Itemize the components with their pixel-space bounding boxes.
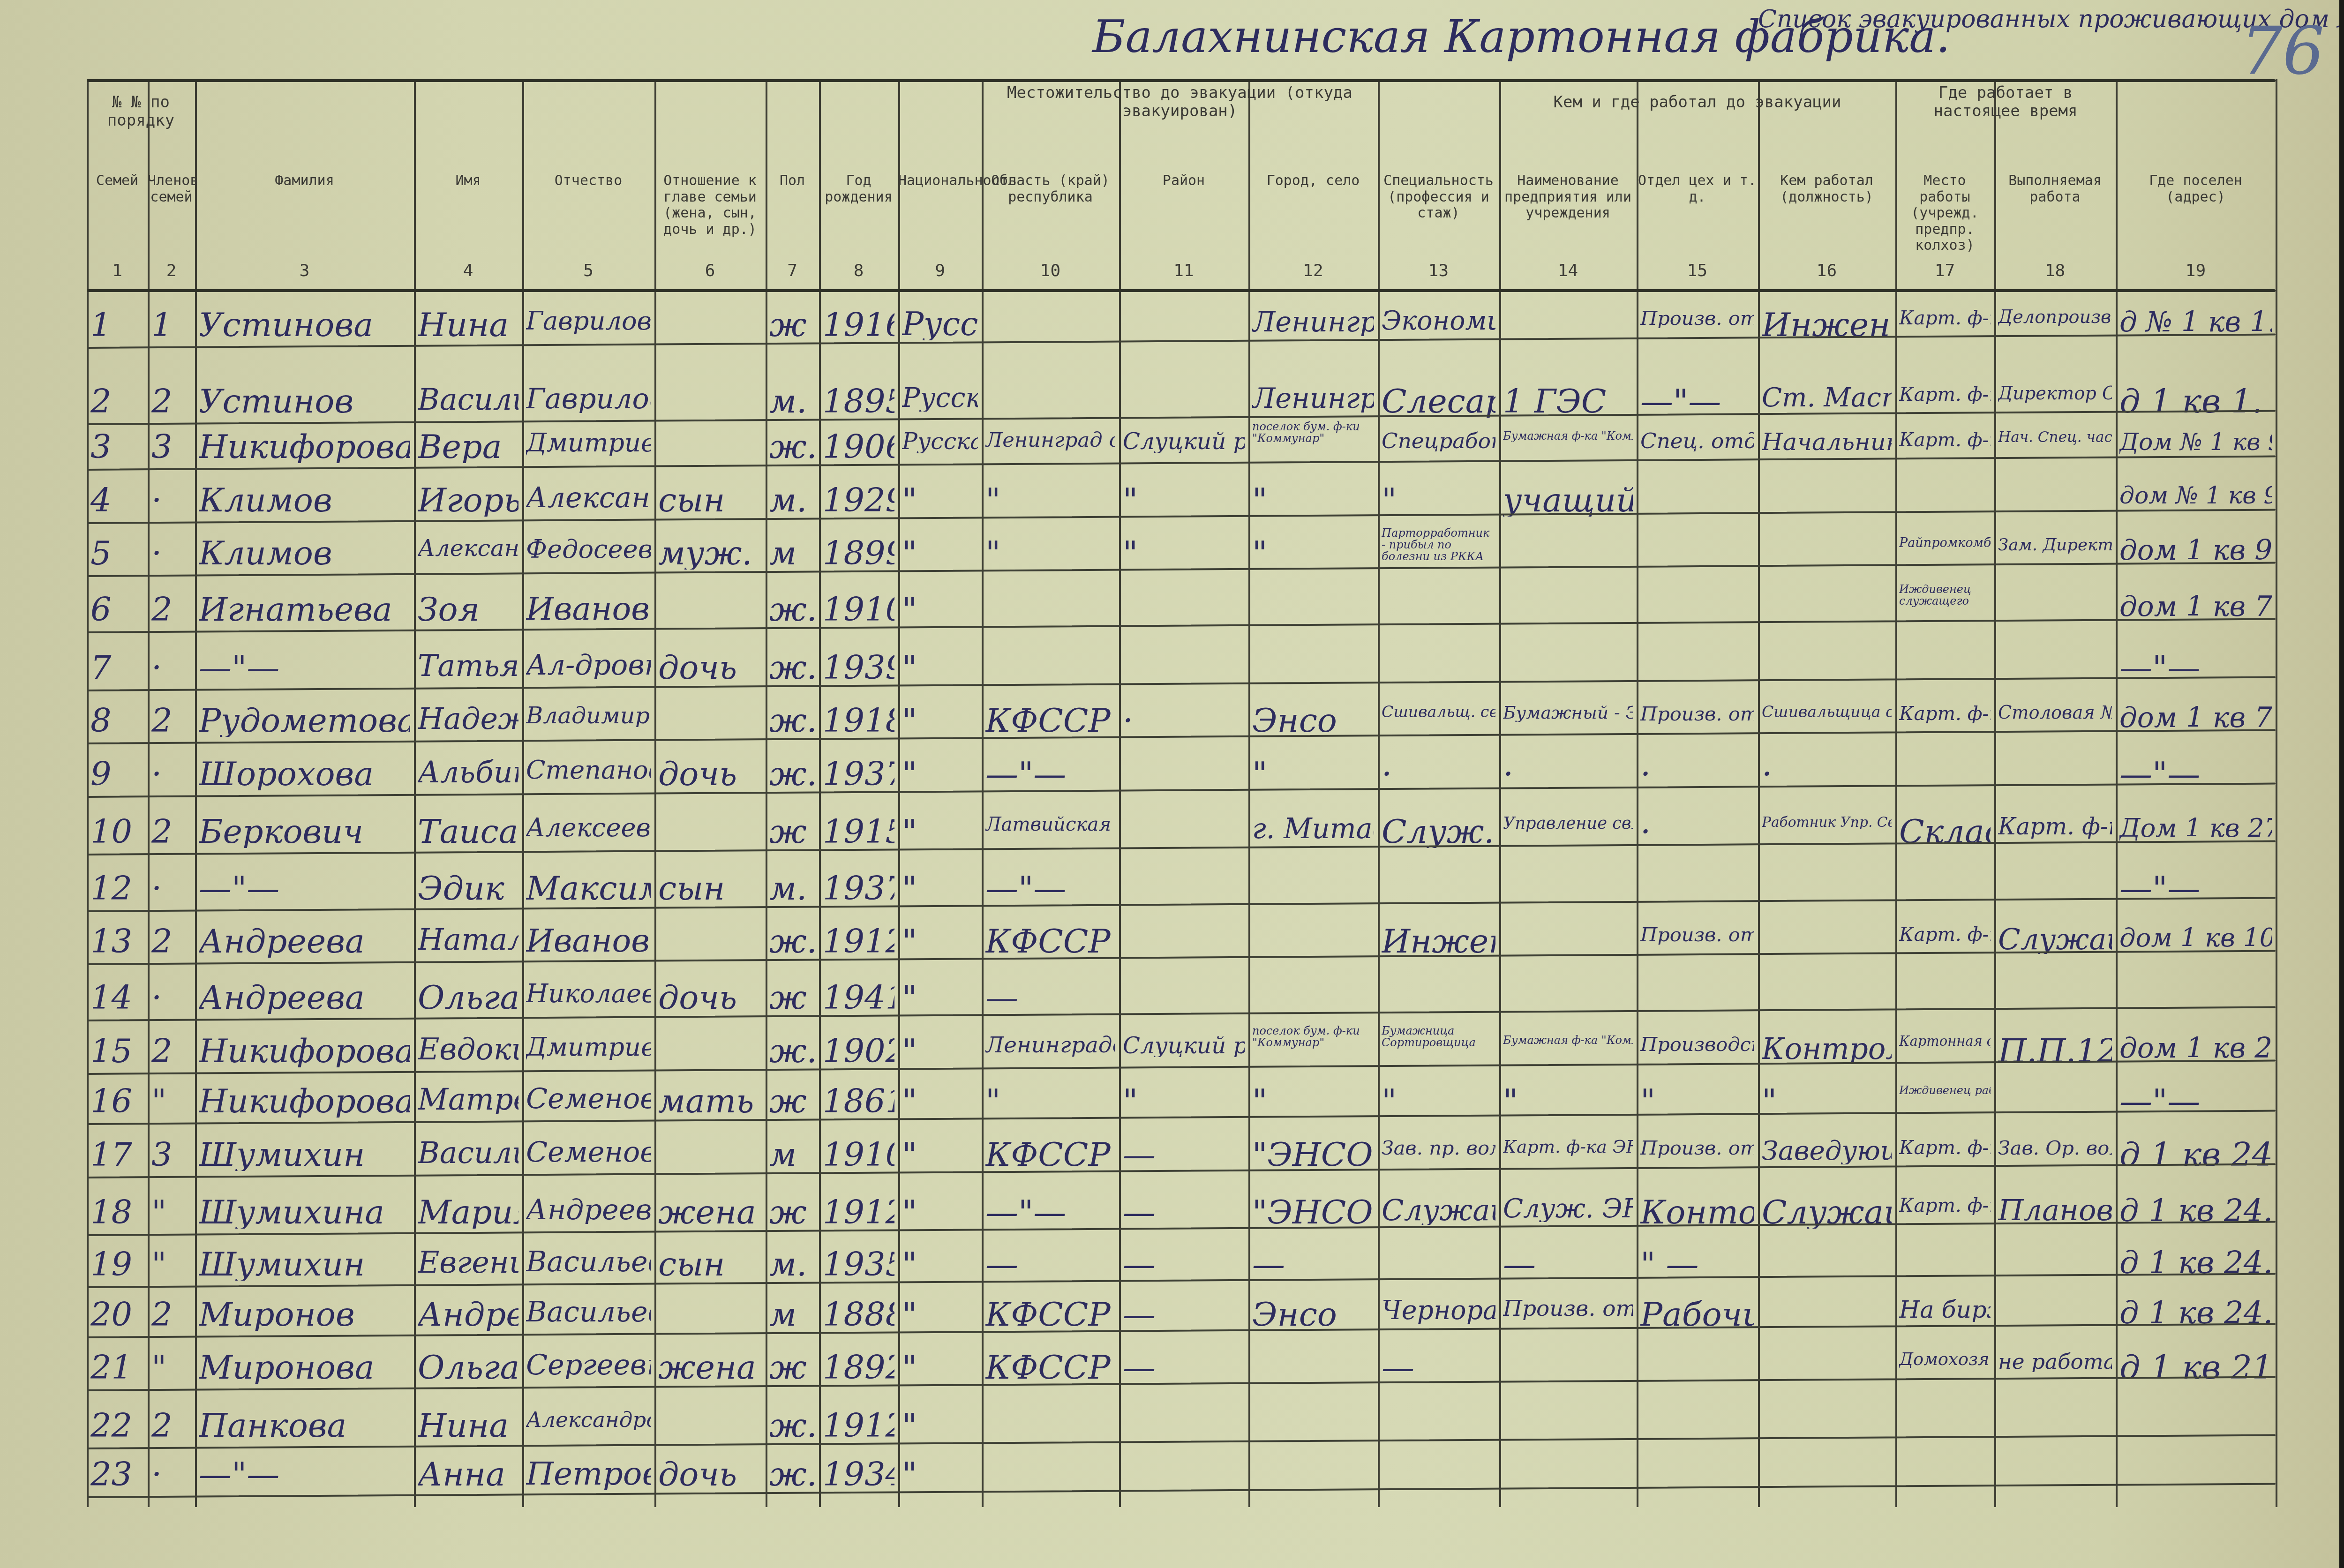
cell-год: 1892 xyxy=(823,1351,894,1384)
column-divider xyxy=(2116,79,2118,1507)
column-number-15: 15 xyxy=(1637,261,1758,280)
cell-место: Домохозяйка xyxy=(1899,1351,1991,1368)
cell-специальность: Слесарь xyxy=(1382,385,1495,418)
cell-отношение: жена xyxy=(658,1196,762,1229)
column-header-5: Отчество xyxy=(522,173,654,189)
cell-имя: Мария xyxy=(418,1196,518,1229)
cell-выполняемая: Зам. Директора xyxy=(1998,537,2112,554)
cell-год: 1937 xyxy=(823,872,894,905)
cell-специальность: · xyxy=(1382,758,1495,790)
group-residence: Местожительство до эвакуации (откуда эва… xyxy=(982,84,1378,120)
cell-фамилия: Панкова xyxy=(199,1409,410,1442)
group-work-now: Где работает в настоящее время xyxy=(1895,84,2116,120)
cell-национальность: Русск xyxy=(902,308,978,340)
cell-место: На бирже xyxy=(1899,1298,1991,1322)
cell-пол: м xyxy=(769,1138,815,1171)
cell-отчество: Дмитриевна xyxy=(526,1035,651,1060)
cell-пол: м xyxy=(769,1298,815,1331)
cell-выполняемая: Служащая xyxy=(1998,925,2112,954)
cell-где: дом 1 кв 7. xyxy=(2119,704,2272,732)
cell-пол: ж. xyxy=(769,758,815,790)
cell-кем: Ст. Мастер xyxy=(1762,385,1892,411)
cell-место: Карт. ф-ка xyxy=(1899,925,1991,944)
cell-пол: м. xyxy=(769,1248,815,1281)
cell-выполняемая: Зав. Ор. вом xyxy=(1998,1138,2112,1158)
cell-отношение: жена xyxy=(658,1351,762,1384)
cell-город: Ленинград xyxy=(1252,385,1374,413)
cell-национальность: " xyxy=(902,1248,978,1281)
cell-год: 1861 xyxy=(823,1085,894,1118)
cell-район: Слуцкий р-н xyxy=(1123,1035,1245,1057)
cell-пол: ж xyxy=(769,1196,815,1229)
column-header-9: Национальность xyxy=(898,173,982,189)
cell-членов: · xyxy=(151,1458,191,1491)
cell-где: дом 1 кв 7. xyxy=(2119,593,2272,621)
cell-фамилия: —"— xyxy=(199,651,410,684)
cell-имя: Надежда xyxy=(418,704,518,734)
cell-имя: Евгений xyxy=(418,1248,518,1277)
cell-семей: 23 xyxy=(90,1458,144,1491)
cell-где: д 1 кв 24 xyxy=(2119,1138,2272,1171)
cell-национальность: " xyxy=(902,651,978,684)
cell-где: —"— xyxy=(2119,872,2272,905)
cell-имя: Матрена xyxy=(418,1085,518,1114)
cell-фамилия: Никифорова xyxy=(199,430,410,463)
cell-отношение: мать xyxy=(658,1085,762,1118)
column-divider xyxy=(898,79,900,1507)
cell-где: д 1 кв 1. xyxy=(2119,385,2272,418)
cell-семей: 3 xyxy=(90,430,144,463)
cell-фамилия: Шумихин xyxy=(199,1248,410,1281)
cell-район: — xyxy=(1123,1351,1245,1384)
cell-семей: 22 xyxy=(90,1409,144,1442)
cell-пол: ж. xyxy=(769,1409,815,1442)
cell-отдел: Произв. отд. xyxy=(1640,704,1754,724)
cell-национальность: " xyxy=(902,1298,978,1331)
cell-фамилия: Шорохова xyxy=(199,758,410,790)
cell-выполняемая: Столовая № 1. xyxy=(1998,704,2112,722)
cell-национальность: " xyxy=(902,872,978,905)
cell-пол: ж. xyxy=(769,651,815,684)
cell-пол: ж. xyxy=(769,704,815,737)
cell-отчество: Дмитриевна xyxy=(526,430,651,456)
cell-выполняемая: Карт. ф-ка xyxy=(1998,815,2112,839)
cell-где: Дом № 1 кв 9. xyxy=(2119,430,2272,454)
cell-область: — xyxy=(985,981,1115,1014)
column-header-7: Пол xyxy=(766,173,819,189)
cell-область: —"— xyxy=(985,1196,1115,1229)
cell-область: —"— xyxy=(985,758,1115,790)
cell-семей: 19 xyxy=(90,1248,144,1281)
cell-город: поселок бум. ф-ки "Коммунар" xyxy=(1252,421,1374,444)
column-header-17: Место работы (учрежд. предпр. колхоз) xyxy=(1895,173,1994,254)
column-number-1: 1 xyxy=(87,261,148,280)
cell-район: — xyxy=(1123,1138,1245,1171)
cell-имя: Андрей xyxy=(418,1298,518,1331)
cell-отчество: Александров. xyxy=(526,1409,651,1430)
cell-отношение: сын xyxy=(658,872,762,905)
cell-пол: м xyxy=(769,537,815,570)
cell-отчество: Петровна xyxy=(526,1458,651,1490)
column-header-15: Отдел цех и т. д. xyxy=(1637,173,1758,205)
cell-отчество: Ал-дровна xyxy=(526,651,651,679)
column-number-16: 16 xyxy=(1758,261,1895,280)
cell-область: " xyxy=(985,484,1115,517)
cell-фамилия: Климов xyxy=(199,537,410,570)
cell-отношение: сын xyxy=(658,484,762,517)
cell-специальность: Служащая xyxy=(1382,1196,1495,1225)
scan-edge xyxy=(2339,0,2344,1568)
column-header-2: Членов семей xyxy=(148,173,195,205)
cell-отношение: муж. xyxy=(658,537,762,570)
cell-членов: · xyxy=(151,537,191,570)
cell-фамилия: —"— xyxy=(199,1458,410,1491)
cell-отдел: Производств. xyxy=(1640,1035,1754,1054)
cell-год: 1910 xyxy=(823,1138,894,1171)
cell-где: д 1 кв 21 xyxy=(2119,1351,2272,1384)
cell-имя: Анна xyxy=(418,1458,518,1491)
cell-где: —"— xyxy=(2119,651,2272,684)
cell-имя: Таиса xyxy=(418,815,518,848)
cell-год: 1902 xyxy=(823,1035,894,1067)
cell-членов: " xyxy=(151,1248,191,1281)
cell-область: Ленинградск. xyxy=(985,1035,1115,1057)
cell-членов: · xyxy=(151,484,191,517)
cell-отчество: Гавриловна xyxy=(526,308,651,334)
cell-национальность: " xyxy=(902,1035,978,1067)
cell-национальность: " xyxy=(902,1458,978,1491)
cell-пол: ж xyxy=(769,815,815,848)
header-top-rule xyxy=(87,79,2276,82)
column-number-10: 10 xyxy=(982,261,1119,280)
cell-отчество: Степановна xyxy=(526,758,651,783)
cell-семей: 18 xyxy=(90,1196,144,1229)
cell-фамилия: —"— xyxy=(199,872,410,905)
folio-number: 76 / 4 xyxy=(2241,19,2344,84)
cell-место: Иждивенец рабочей xyxy=(1899,1085,1991,1096)
cell-специальность: " xyxy=(1382,1085,1495,1118)
cell-город: " xyxy=(1252,758,1374,790)
column-header-11: Район xyxy=(1119,173,1248,189)
cell-семей: 17 xyxy=(90,1138,144,1171)
cell-год: 1916 xyxy=(823,308,894,341)
column-number-2: 2 xyxy=(148,261,195,280)
column-number-7: 7 xyxy=(766,261,819,280)
cell-отношение: дочь xyxy=(658,651,762,684)
cell-семей: 12 xyxy=(90,872,144,905)
cell-имя: Альбина xyxy=(418,758,518,787)
cell-семей: 4 xyxy=(90,484,144,517)
cell-национальность: " xyxy=(902,1351,978,1384)
column-number-12: 12 xyxy=(1248,261,1378,280)
cell-членов: " xyxy=(151,1351,191,1384)
cell-национальность: " xyxy=(902,758,978,790)
cell-имя: Игорь xyxy=(418,484,518,517)
cell-область: КФССР xyxy=(985,1298,1115,1331)
cell-отдел: Произв. отд. xyxy=(1640,1138,1754,1158)
cell-пол: ж. xyxy=(769,1035,815,1067)
cell-национальность: " xyxy=(902,1196,978,1229)
cell-семей: 1 xyxy=(90,308,144,341)
column-header-19: Где поселен (адрес) xyxy=(2116,173,2276,205)
cell-членов: " xyxy=(151,1085,191,1118)
cell-семей: 16 xyxy=(90,1085,144,1118)
cell-национальность: Русская xyxy=(902,430,978,453)
cell-национальность: " xyxy=(902,1085,978,1118)
cell-специальность: Парторработник - прибыл по болезни из РК… xyxy=(1382,527,1495,563)
cell-год: 1906 xyxy=(823,430,894,463)
column-divider xyxy=(1758,79,1760,1507)
column-divider xyxy=(1994,79,1996,1507)
cell-имя: Нина xyxy=(418,308,518,341)
cell-город: " xyxy=(1252,1085,1374,1118)
cell-семей: 2 xyxy=(90,385,144,418)
cell-область: КФССР xyxy=(985,704,1115,737)
cell-район: " xyxy=(1123,537,1245,570)
cell-отчество: Владимиров. xyxy=(526,704,651,727)
cell-отчество: Андреевна xyxy=(526,1196,651,1224)
cell-национальность: " xyxy=(902,704,978,737)
cell-год: 1888 xyxy=(823,1298,894,1331)
cell-семей: 6 xyxy=(90,593,144,626)
cell-отдел: Произв. отд. xyxy=(1640,925,1754,945)
cell-отчество: Васильев. xyxy=(526,1248,651,1276)
cell-место: Иждивенец служащего xyxy=(1899,584,1991,607)
cell-область: —"— xyxy=(985,872,1115,905)
cell-кем: Заведующим xyxy=(1762,1138,1892,1164)
column-header-10: Область (край) республика xyxy=(982,173,1119,205)
cell-фамилия: Устинов xyxy=(199,385,410,418)
column-number-4: 4 xyxy=(414,261,522,280)
cell-имя: Евдокия xyxy=(418,1035,518,1064)
cell-членов: 3 xyxy=(151,430,191,463)
cell-пол: ж xyxy=(769,1351,815,1384)
cell-наименование: · xyxy=(1503,758,1633,790)
header-bottom-rule xyxy=(87,289,2276,292)
cell-год: 1912 xyxy=(823,925,894,958)
cell-район: " xyxy=(1123,484,1245,517)
cell-область: КФССР xyxy=(985,1138,1115,1171)
column-number-5: 5 xyxy=(522,261,654,280)
cell-семей: 9 xyxy=(90,758,144,790)
cell-пол: м. xyxy=(769,484,815,517)
cell-место: Карт. ф-ка xyxy=(1899,430,1991,450)
cell-год: 1899 xyxy=(823,537,894,570)
cell-семей: 10 xyxy=(90,815,144,848)
cell-фамилия: Никифорова xyxy=(199,1035,410,1067)
cell-наименование: Управление связи xyxy=(1503,815,1633,832)
cell-фамилия: Шумихина xyxy=(199,1196,410,1229)
cell-выполняемая: Делопроизвод. xyxy=(1998,308,2112,326)
cell-имя: Александр xyxy=(418,537,518,560)
cell-национальность: " xyxy=(902,815,978,848)
column-header-1: Семей xyxy=(87,173,148,189)
cell-пол: ж. xyxy=(769,593,815,626)
cell-место: Картонная ф-ка xyxy=(1899,1035,1991,1048)
column-header-3: Фамилия xyxy=(195,173,414,189)
cell-место: Карт. ф-ка xyxy=(1899,704,1991,723)
cell-город: г. Митаев xyxy=(1252,815,1374,843)
cell-пол: ж xyxy=(769,308,815,341)
cell-область: КФССР xyxy=(985,925,1115,958)
cell-где: Дом 1 кв 27. xyxy=(2119,815,2272,841)
column-header-6: Отношение к главе семьи (жена, сын, дочь… xyxy=(654,173,766,238)
cell-национальность: " xyxy=(902,484,978,517)
cell-выполняемая: не работает xyxy=(1998,1351,2112,1372)
cell-фамилия: Андреева xyxy=(199,925,410,958)
cell-имя: Василий xyxy=(418,385,518,414)
cell-кем: Сшивальщица сеток xyxy=(1762,704,1892,720)
cell-отдел: Спец. отдел xyxy=(1640,430,1754,451)
column-divider xyxy=(1119,79,1121,1507)
cell-город: поселок бум. ф-ки "Коммунар" xyxy=(1252,1025,1374,1049)
cell-кем: Контролер xyxy=(1762,1035,1892,1064)
column-header-13: Специальность (профессия и стаж) xyxy=(1378,173,1499,222)
cell-наименование: — xyxy=(1503,1248,1633,1281)
cell-фамилия: Андреева xyxy=(199,981,410,1014)
cell-членов: 2 xyxy=(151,815,191,848)
column-number-14: 14 xyxy=(1499,261,1637,280)
cell-семей: 5 xyxy=(90,537,144,570)
cell-наименование: " xyxy=(1503,1085,1633,1118)
cell-членов: 2 xyxy=(151,925,191,958)
cell-место: Карт. ф-ка xyxy=(1899,1138,1991,1157)
cell-год: 1934 xyxy=(823,1458,894,1491)
cell-специальность: Бумажница Сортировщица xyxy=(1382,1025,1495,1049)
cell-год: 1918 xyxy=(823,704,894,737)
cell-отношение: дочь xyxy=(658,981,762,1014)
cell-отчество: Николаевна xyxy=(526,981,651,1006)
cell-наименование: Служ. ЭНСО xyxy=(1503,1196,1633,1222)
cell-членов: · xyxy=(151,651,191,684)
cell-где: дом № 1 кв 9. xyxy=(2119,484,2272,507)
cell-имя: Ольга xyxy=(418,981,518,1014)
cell-наименование: Бумажная ф-ка "Коммунар" xyxy=(1503,1035,1633,1046)
cell-имя: Эдик xyxy=(418,872,518,905)
cell-специальность: Зав. пр. вом xyxy=(1382,1138,1495,1158)
cell-членов: · xyxy=(151,872,191,905)
cell-пол: ж. xyxy=(769,430,815,463)
cell-место: Карт. ф-ка xyxy=(1899,385,1991,404)
cell-город: " xyxy=(1252,484,1374,517)
column-divider xyxy=(2276,79,2277,1507)
cell-семей: 20 xyxy=(90,1298,144,1331)
cell-пол: м. xyxy=(769,385,815,418)
cell-членов: 2 xyxy=(151,385,191,418)
cell-семей: 13 xyxy=(90,925,144,958)
cell-год: 1895 xyxy=(823,385,894,418)
cell-специальность: Спецработн. xyxy=(1382,430,1495,451)
cell-имя: Татьяна xyxy=(418,651,518,681)
column-number-18: 18 xyxy=(1994,261,2116,280)
column-header-16: Кем работал (должность) xyxy=(1758,173,1895,205)
cell-членов: 3 xyxy=(151,1138,191,1171)
cell-фамилия: Игнатьева xyxy=(199,593,410,626)
cell-пол: ж. xyxy=(769,925,815,958)
cell-город: Энсо xyxy=(1252,704,1374,737)
cell-специальность: " xyxy=(1382,484,1495,517)
cell-национальность: " xyxy=(902,1138,978,1171)
cell-членов: 2 xyxy=(151,593,191,626)
cell-членов: · xyxy=(151,981,191,1014)
cell-район: — xyxy=(1123,1196,1245,1229)
column-number-9: 9 xyxy=(898,261,982,280)
column-number-13: 13 xyxy=(1378,261,1499,280)
cell-специальность: Служ. xyxy=(1382,815,1495,848)
cell-выполняемая: Нач. Спец. части xyxy=(1998,430,2112,445)
cell-год: 1915 xyxy=(823,815,894,848)
cell-имя: Нина xyxy=(418,1409,518,1442)
cell-город: " xyxy=(1252,537,1374,570)
column-header-12: Город, село xyxy=(1248,173,1378,189)
cell-район: Слуцкий р-н xyxy=(1123,430,1245,453)
cell-членов: 2 xyxy=(151,704,191,737)
cell-специальность: Сшивальщ. сеток xyxy=(1382,704,1495,720)
cell-национальность: " xyxy=(902,593,978,626)
cell-отчество: Алексеевн. xyxy=(526,815,651,840)
cell-отчество: Ивановна xyxy=(526,593,651,625)
cell-наименование: Карт. ф-ка ЭНСО xyxy=(1503,1138,1633,1156)
cell-наименование: Произв. отд. xyxy=(1503,1298,1633,1320)
cell-год: 1912 xyxy=(823,1196,894,1229)
cell-год: 1910 xyxy=(823,593,894,626)
cell-область: " xyxy=(985,1085,1115,1118)
cell-национальность: " xyxy=(902,537,978,570)
cell-специальность: Чернораб. xyxy=(1382,1298,1495,1324)
cell-национальность: " xyxy=(902,981,978,1014)
document-page: Балахнинская Картонная фабрика. Список э… xyxy=(0,0,2339,1568)
cell-район: — xyxy=(1123,1248,1245,1281)
cell-отчество: Гаврилов. xyxy=(526,385,651,413)
column-divider xyxy=(195,79,197,1507)
cell-национальность: " xyxy=(902,925,978,958)
cell-национальность: " xyxy=(902,1409,978,1442)
column-divider xyxy=(1378,79,1380,1507)
cell-отчество: Ивановна xyxy=(526,925,651,957)
cell-год: 1937 xyxy=(823,758,894,790)
cell-наименование: 1 ГЭС xyxy=(1503,385,1633,418)
cell-имя: Наталья xyxy=(418,925,518,954)
cell-отчество: Васильев. xyxy=(526,1298,651,1326)
cell-фамилия: Миронов xyxy=(199,1298,410,1331)
cell-год: 1929 xyxy=(823,484,894,517)
cell-национальность: Русск. xyxy=(902,385,978,412)
column-divider xyxy=(87,79,89,1507)
cell-имя: Зоя xyxy=(418,593,518,626)
cell-место: Карт. ф-ка xyxy=(1899,1196,1991,1215)
column-divider xyxy=(148,79,150,1507)
column-number-3: 3 xyxy=(195,261,414,280)
cell-область: " xyxy=(985,537,1115,570)
cell-город: Энсо xyxy=(1252,1298,1374,1331)
cell-членов: 2 xyxy=(151,1409,191,1442)
cell-имя: Ольга xyxy=(418,1351,518,1384)
column-number-17: 17 xyxy=(1895,261,1994,280)
column-header-18: Выполняемая работа xyxy=(1994,173,2116,205)
cell-место: Карт. ф-ка xyxy=(1899,308,1991,328)
column-header-4: Имя xyxy=(414,173,522,189)
cell-где: —"— xyxy=(2119,758,2272,790)
column-number-11: 11 xyxy=(1119,261,1248,280)
column-divider xyxy=(414,79,416,1507)
cell-кем: Работник Упр. Связи xyxy=(1762,815,1892,829)
cell-район: · xyxy=(1123,704,1245,737)
cell-отношение: дочь xyxy=(658,758,762,790)
cell-наименование: учащийся xyxy=(1503,484,1633,517)
column-divider xyxy=(1637,79,1638,1507)
cell-отчество: Сергеевна xyxy=(526,1351,651,1379)
column-header-14: Наименование предприятия или учреждения xyxy=(1499,173,1637,222)
